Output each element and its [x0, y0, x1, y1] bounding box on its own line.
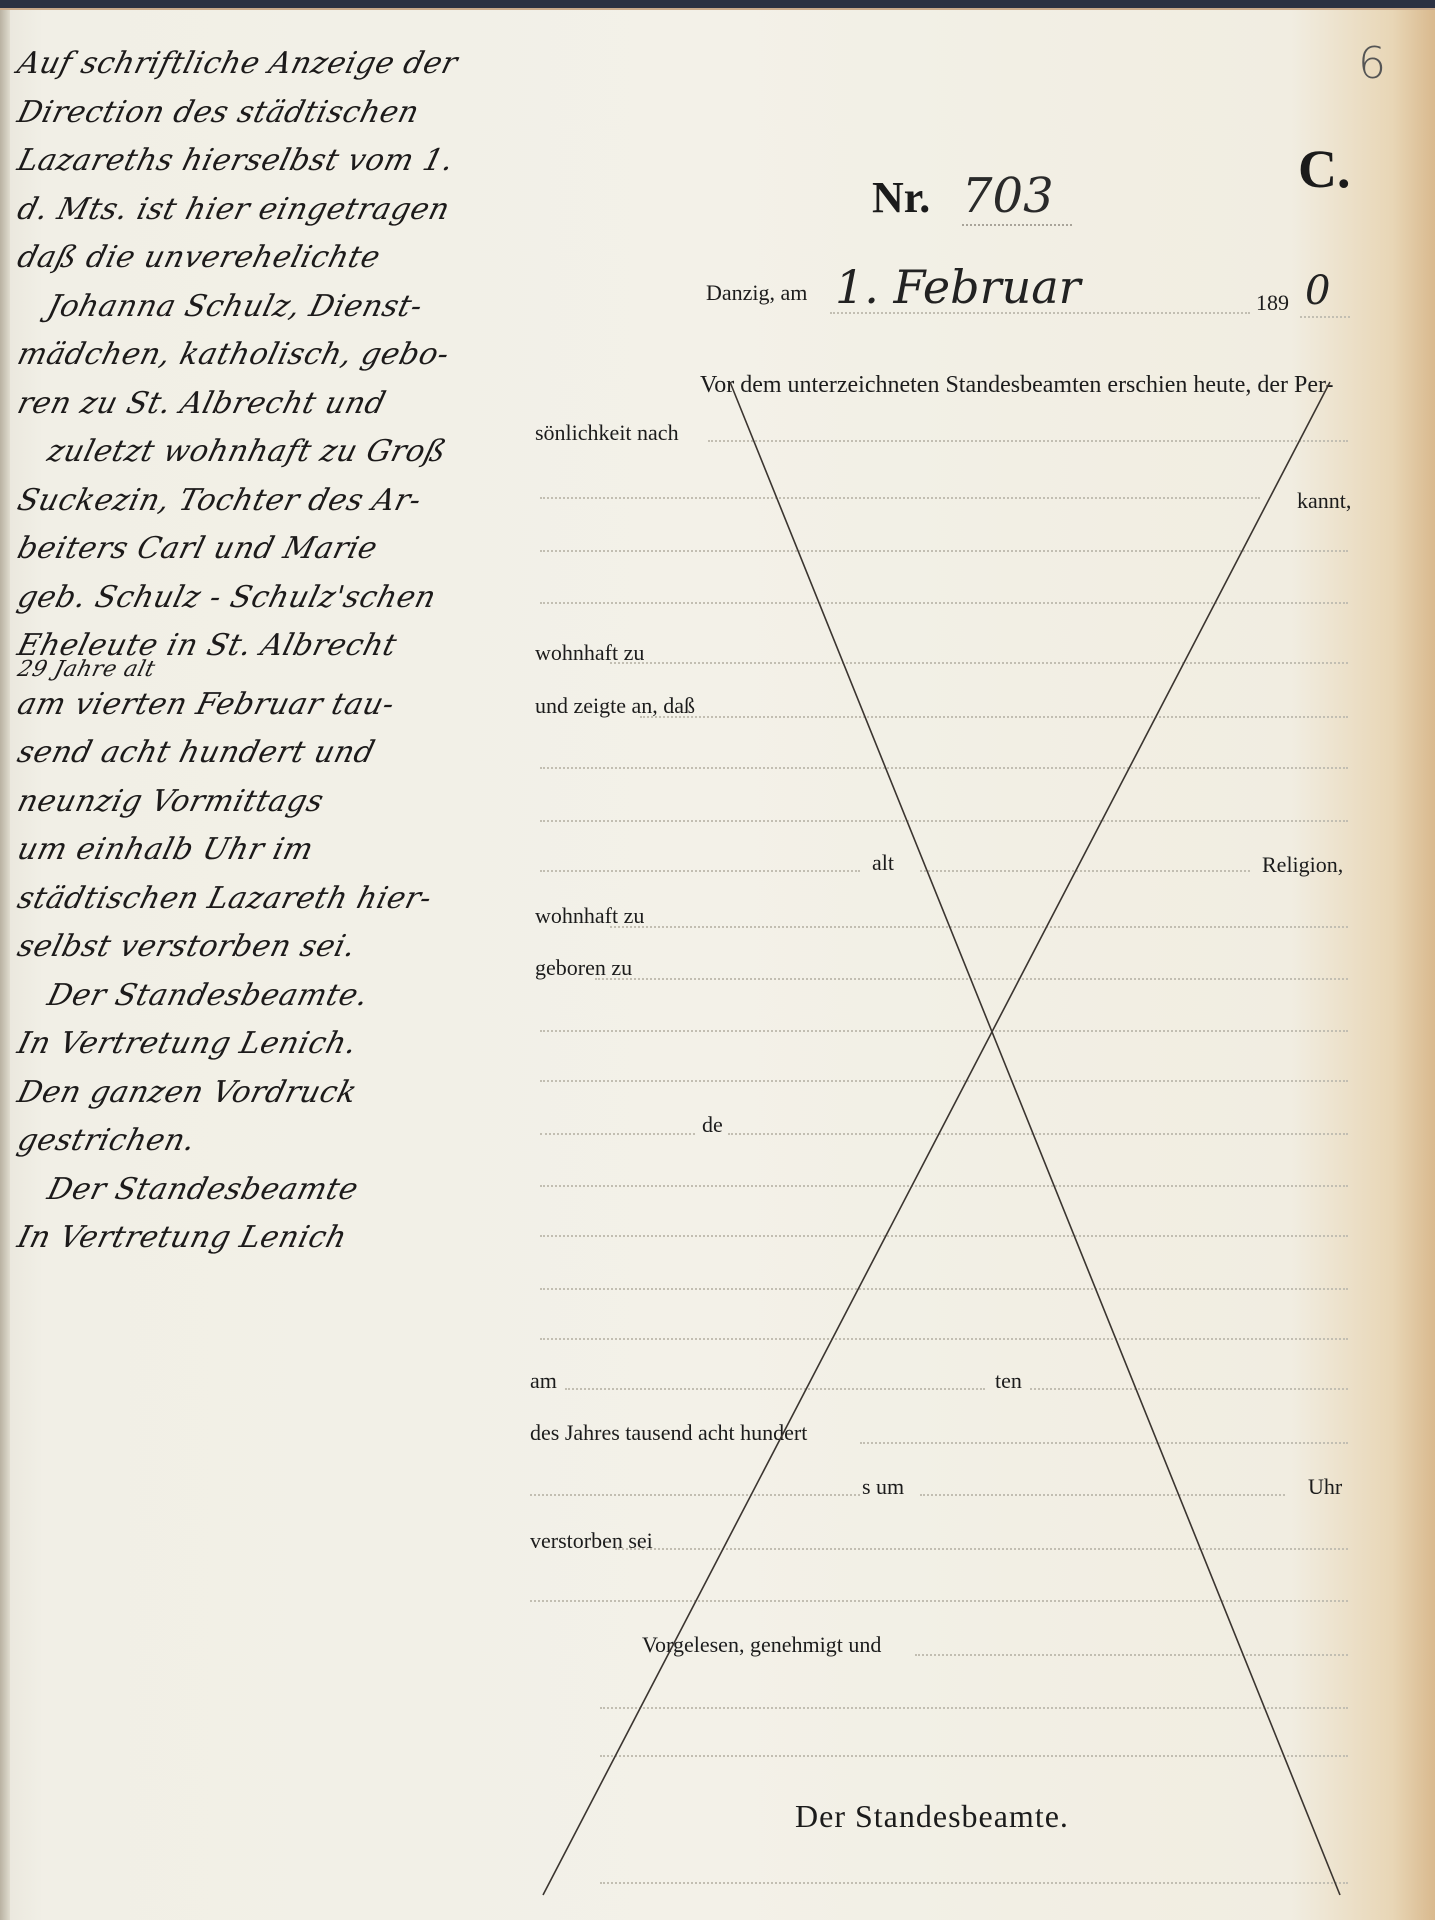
note-line: Der Standesbeamte. [12, 972, 584, 1021]
note-line: Suckezin, Tochter des Ar- [12, 477, 584, 526]
note-line: mädchen, katholisch, gebo- [12, 331, 584, 380]
note-line: In Vertretung Lenich [12, 1214, 584, 1263]
note-line-inserted: 29 Jahre alt [15, 659, 580, 681]
note-line: zuletzt wohnhaft zu Groß [12, 428, 584, 477]
note-line: daß die unverehelichte [12, 234, 584, 283]
note-line: geb. Schulz - Schulz'schen [12, 574, 584, 623]
note-line: Der Standesbeamte [12, 1166, 584, 1215]
note-line: Direction des städtischen [12, 89, 584, 138]
note-line: Johanna Schulz, Dienst- [12, 283, 584, 332]
note-line: d. Mts. ist hier eingetragen [12, 186, 584, 235]
note-line: ren zu St. Albrecht und [12, 380, 584, 429]
note-line: Lazareths hierselbst vom 1. [12, 137, 584, 186]
note-line: Den ganzen Vordruck [12, 1069, 584, 1118]
note-line: Auf schriftliche Anzeige der [12, 40, 584, 89]
note-line: um einhalb Uhr im [12, 826, 584, 875]
margin-annotation: Auf schriftliche Anzeige der Direction d… [18, 40, 578, 1263]
note-line: am vierten Februar tau- [12, 681, 584, 730]
note-line: neunzig Vormittags [12, 778, 584, 827]
note-line: gestrichen. [12, 1117, 584, 1166]
note-line: send acht hundert und [12, 729, 584, 778]
note-line: selbst verstorben sei. [12, 923, 584, 972]
note-line: beiters Carl und Marie [12, 525, 584, 574]
note-line: städtischen Lazareth hier- [12, 875, 584, 924]
register-page: 6 C. Nr. 703 Danzig, am 1. Februar 189 0… [0, 8, 1435, 1920]
note-line: In Vertretung Lenich. [12, 1020, 584, 1069]
